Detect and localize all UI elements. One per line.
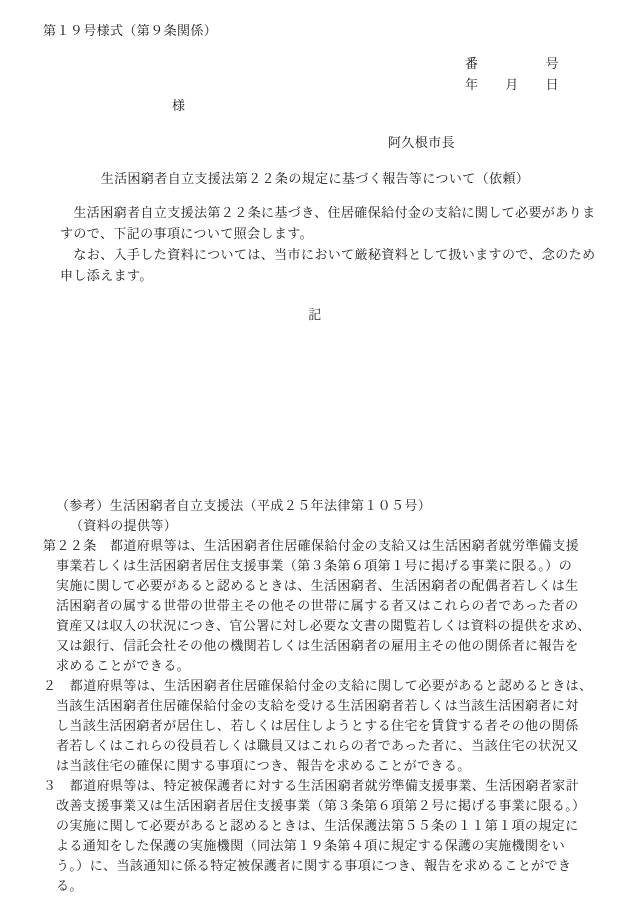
reference-section: （参考）生活困窮者自立支援法（平成２５年法律第１０５号） （資料の提供等） 第２… [43,496,605,896]
reference-line: 改善支援事業又は生活困窮者居住支援事業（第３条第６項第２号に掲げる事業に限る。） [43,796,605,816]
recipient-suffix: 様 [172,95,185,116]
reference-line: 者若しくはこれらの役員若しくは職員又はこれらの者であった者に、当該住宅の状況又 [43,736,605,756]
body-line: 申し添えます。 [60,265,600,286]
document-number-label-ban: 番 [465,53,478,74]
reference-line: 実施に関して必要があると認めるときは、生活困窮者、生活困窮者の配偶者若しくは生 [43,576,605,596]
reference-line: 資産又は収入の状況につき、官公署に対し必要な文書の閲覧若しくは資料の提供を求め、 [43,616,605,636]
reference-line: 求めることができる。 [43,656,605,676]
document-number-label-go: 号 [546,53,559,74]
reference-line: う。）に、当該通知に係る特定被保護者に関する事項につき、報告を求めることができ [43,856,605,876]
document-page: 第１９号様式（第９条関係） 番 号 年 月 日 様 阿久根市長 生活困窮者自立支… [0,0,630,903]
body-line: 生活困窮者自立支援法第２２条に基づき、住居確保給付金の支給に関して必要がありま [60,202,600,223]
document-title: 生活困窮者自立支援法第２２条の規定に基づく報告等について（依頼） [0,168,630,189]
reference-line: ３ 都道府県等は、特定被保護者に対する生活困窮者就労準備支援事業、生活困窮者家計 [43,776,605,796]
document-number-date-block: 番 号 年 月 日 [465,53,559,95]
reference-line: は当該住宅の確保に関する事項につき、報告を求めることができる。 [43,756,605,776]
reference-line: よる通知をした保護の実施機関（同法第１９条第４項に規定する保護の実施機関をい [43,836,605,856]
date-line: 年 月 日 [465,74,559,95]
reference-line: （参考）生活困窮者自立支援法（平成２５年法律第１０５号） [43,496,605,516]
reference-line: 第２２条 都道府県等は、生活困窮者住居確保給付金の支給又は生活困窮者就労準備支援 [43,536,605,556]
sender-title: 阿久根市長 [388,132,455,153]
date-day-label: 日 [546,74,559,95]
reference-line: の実施に関して必要があると認めるときは、生活保護法第５５条の１１第１項の規定に [43,816,605,836]
document-number-line: 番 号 [465,53,559,74]
body-line: すので、下記の事項について照会します。 [60,223,600,244]
reference-line: ２ 都道府県等は、生活困窮者住居確保給付金の支給に関して必要があると認めるときは… [43,676,605,696]
reference-line: 事業若しくは生活困窮者居住支援事業（第３条第６項第１号に掲げる事業に限る。）の [43,556,605,576]
reference-line: 当該生活困窮者住居確保給付金の支給を受ける生活困窮者若しくは当該生活困窮者に対 [43,696,605,716]
reference-line: し当該生活困窮者が居住し、若しくは居住しようとする住宅を賃貸する者その他の関係 [43,716,605,736]
reference-line: る。 [43,876,605,896]
body-line: なお、入手した資料については、当市において厳秘資料として扱いますので、念のため [60,244,600,265]
form-number: 第１９号様式（第９条関係） [43,20,217,41]
ki-marker: 記 [0,304,630,325]
body-paragraphs: 生活困窮者自立支援法第２２条に基づき、住居確保給付金の支給に関して必要がありま … [60,202,600,286]
date-month-label: 月 [505,74,518,95]
reference-line: 活困窮者の属する世帯の世帯主その他その世帯に属する者又はこれらの者であった者の [43,596,605,616]
date-year-label: 年 [465,74,478,95]
reference-line: （資料の提供等） [43,516,605,536]
reference-line: 又は銀行、信託会社その他の機関若しくは生活困窮者の雇用主その他の関係者に報告を [43,636,605,656]
